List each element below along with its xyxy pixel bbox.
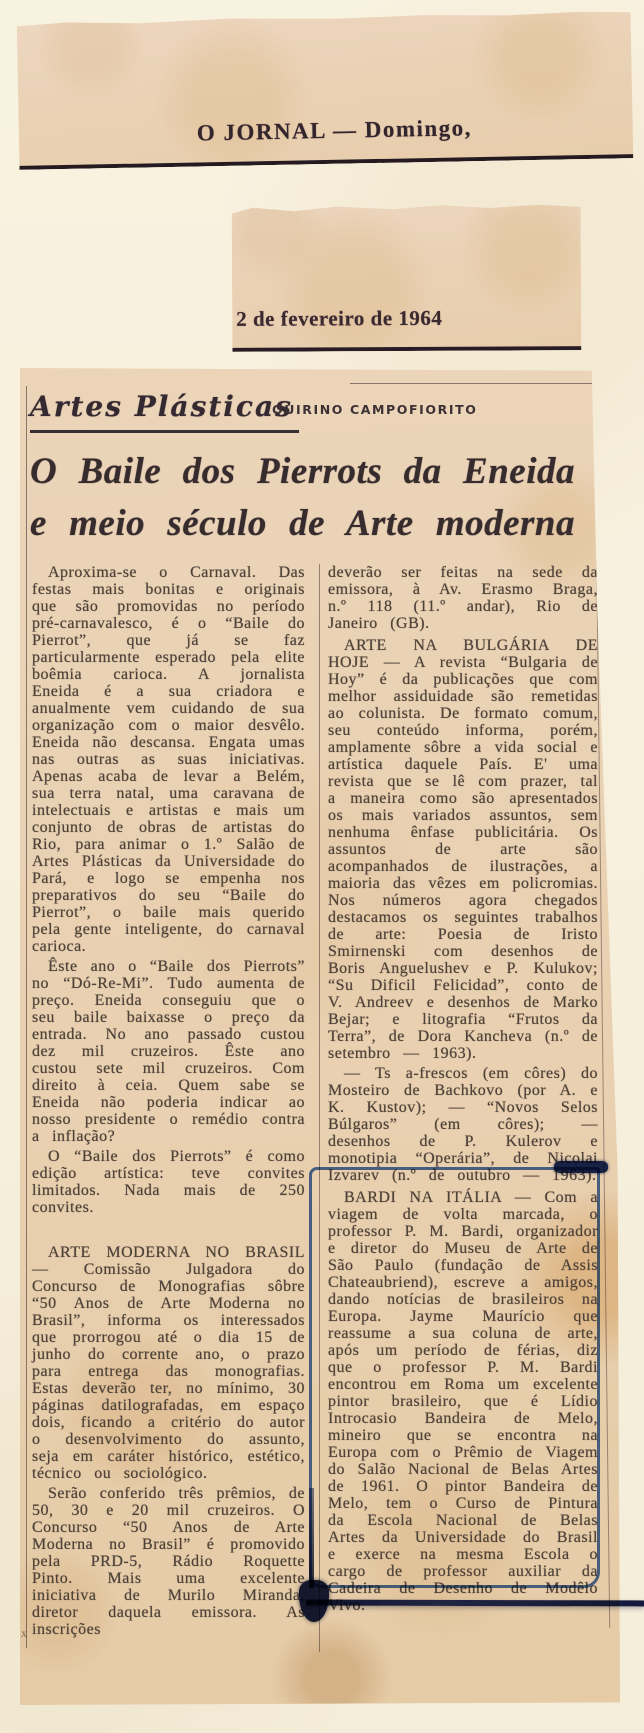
pencil-x-mark: x	[21, 1626, 27, 1641]
headline: O Baile dos Pierrots da Eneida e meio sé…	[30, 450, 575, 554]
section-title: Artes Plásticas	[30, 390, 299, 433]
paragraph: deverão ser feitas na sede da emissora, …	[328, 564, 598, 632]
date-text: 2 de fevereiro de 1964	[236, 306, 442, 332]
article-left-rule	[26, 386, 27, 1648]
paragraph: Serão conferido três prêmios, de 50, 30 …	[32, 1485, 305, 1638]
headline-line-2: e meio século de Arte moderna	[30, 502, 575, 554]
article-top-rule	[350, 383, 595, 384]
masthead-title: O JORNAL — Domingo,	[197, 115, 473, 146]
headline-line-1: O Baile dos Pierrots da Eneida	[30, 450, 575, 502]
byline: QUIRINO CAMPOFIORITO	[272, 402, 477, 417]
paragraph-arte-bulgaria: ARTE NA BULGÁRIA DE HOJE — A revista “Bu…	[328, 637, 598, 1062]
pen-underline	[306, 1600, 644, 1607]
pen-ink-smear	[554, 1161, 608, 1173]
paragraph: Êste ano o “Baile dos Pierrots” no “Dó-R…	[32, 958, 305, 1145]
pen-ink-streak	[309, 1488, 314, 1588]
paragraph: Aproxima-se o Carnaval. Das festas mais …	[32, 564, 305, 955]
masthead-clipping: O JORNAL — Domingo,	[17, 10, 634, 170]
paragraph-arte-moderna: ARTE MODERNA NO BRASIL — Comissão Julgad…	[32, 1244, 305, 1482]
pen-highlight-box	[309, 1167, 600, 1588]
left-column: Aproxima-se o Carnaval. Das festas mais …	[32, 564, 305, 1641]
scanned-scrapbook-page: { "masthead": { "title": "O JORNAL — Dom…	[0, 0, 644, 1733]
date-clipping: 2 de fevereiro de 1964	[232, 203, 582, 352]
paragraph: O “Baile dos Pierrots” é como edição art…	[32, 1148, 305, 1216]
